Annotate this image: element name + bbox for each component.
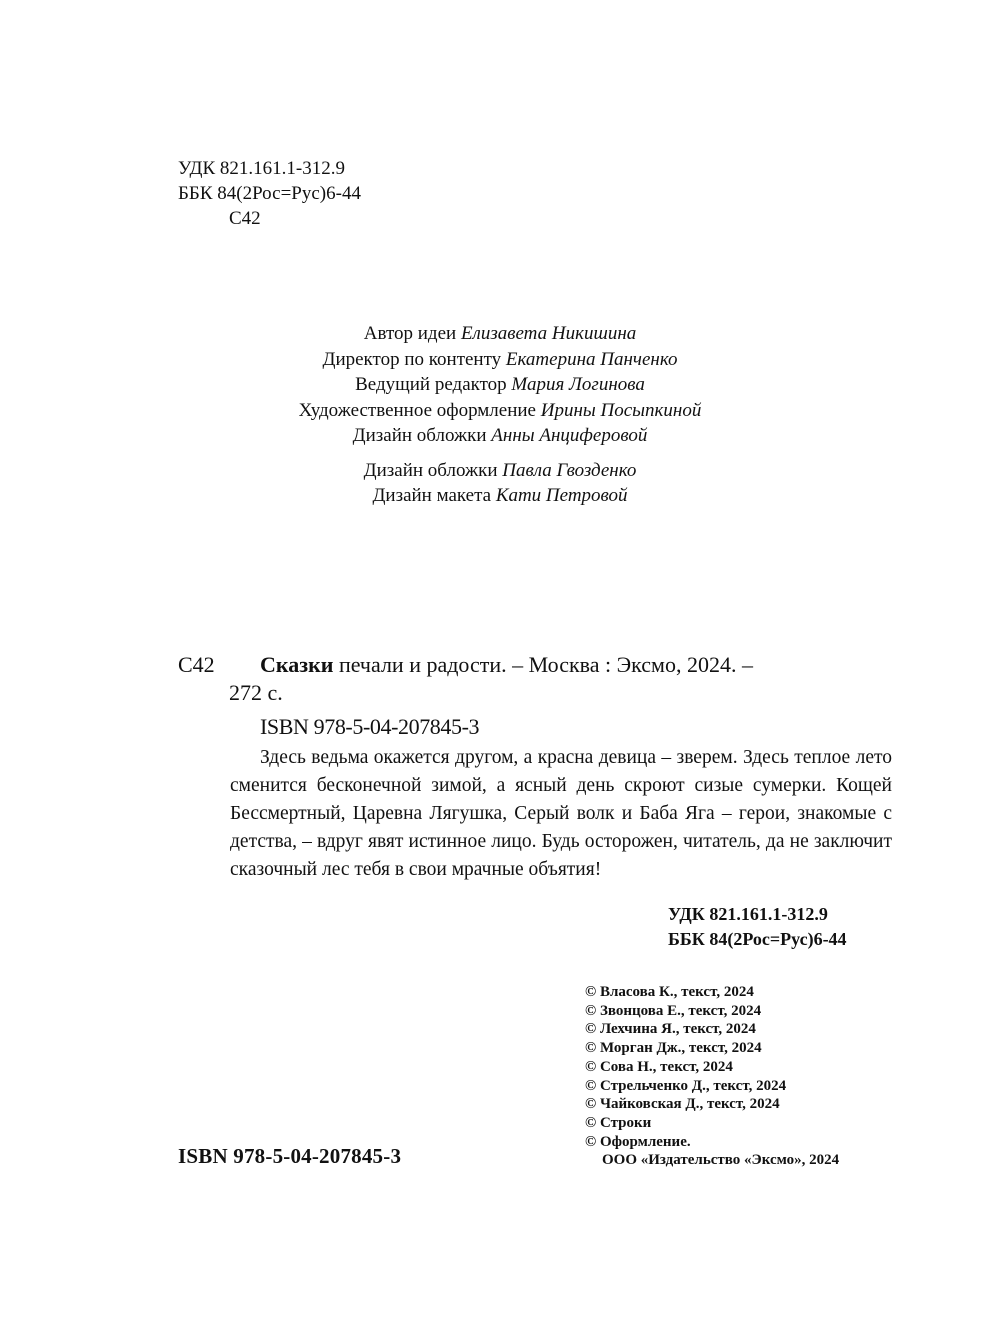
- bibliographic-record: С42 Сказки печали и радости. – Москва : …: [178, 651, 898, 741]
- copyright-line: © Звонцова Е., текст, 2024: [585, 1002, 839, 1021]
- copyright-block: © Власова К., текст, 2024 © Звонцова Е.,…: [585, 983, 839, 1170]
- copyright-line: © Лехчина Я., текст, 2024: [585, 1020, 839, 1039]
- spacer: [0, 449, 1000, 458]
- bbk-code: ББК 84(2Рос=Рус)6-44: [178, 181, 361, 206]
- copyright-line: © Стрельченко Д., текст, 2024: [585, 1077, 839, 1096]
- credit-line: Дизайн макета Кати Петровой: [0, 483, 1000, 509]
- classification-block: УДК 821.161.1-312.9 ББК 84(2Рос=Рус)6-44…: [178, 156, 361, 231]
- credit-line: Директор по контенту Екатерина Панченко: [0, 347, 1000, 373]
- copyright-line: © Морган Дж., текст, 2024: [585, 1039, 839, 1058]
- udk-code: УДК 821.161.1-312.9: [178, 156, 361, 181]
- classification-bottom: УДК 821.161.1-312.9 ББК 84(2Рос=Рус)6-44: [668, 902, 847, 952]
- bbk-code-bottom: ББК 84(2Рос=Рус)6-44: [668, 927, 847, 952]
- record-title: Сказки печали и радости. – Москва : Эксм…: [260, 651, 898, 679]
- copyright-line: © Строки: [585, 1114, 839, 1133]
- credit-line: Художественное оформление Ирины Посыпкин…: [0, 398, 1000, 424]
- credit-line: Дизайн обложки Анны Анциферовой: [0, 423, 1000, 449]
- copyright-line: © Оформление.: [585, 1133, 839, 1152]
- credit-line: Автор идеи Елизавета Никишина: [0, 321, 1000, 347]
- isbn-bottom: ISBN 978-5-04-207845-3: [178, 1144, 401, 1169]
- copyright-line: © Сова Н., текст, 2024: [585, 1058, 839, 1077]
- record-isbn: ISBN 978-5-04-207845-3: [260, 713, 898, 741]
- copyright-line: © Чайковская Д., текст, 2024: [585, 1095, 839, 1114]
- udk-code-bottom: УДК 821.161.1-312.9: [668, 902, 847, 927]
- record-code: С42: [178, 651, 215, 679]
- annotation: Здесь ведьма окажется другом, а красна д…: [230, 744, 892, 884]
- credits-block: Автор идеи Елизавета Никишина Директор п…: [0, 321, 1000, 509]
- copyright-line: © Власова К., текст, 2024: [585, 983, 839, 1002]
- record-pages: 272 с.: [229, 679, 898, 707]
- credit-line: Дизайн обложки Павла Гвозденко: [0, 458, 1000, 484]
- author-mark: С42: [178, 206, 361, 231]
- annotation-text: Здесь ведьма окажется другом, а красна д…: [230, 744, 892, 884]
- credit-line: Ведущий редактор Мария Логинова: [0, 372, 1000, 398]
- copyright-publisher: ООО «Издательство «Эксмо», 2024: [585, 1151, 839, 1170]
